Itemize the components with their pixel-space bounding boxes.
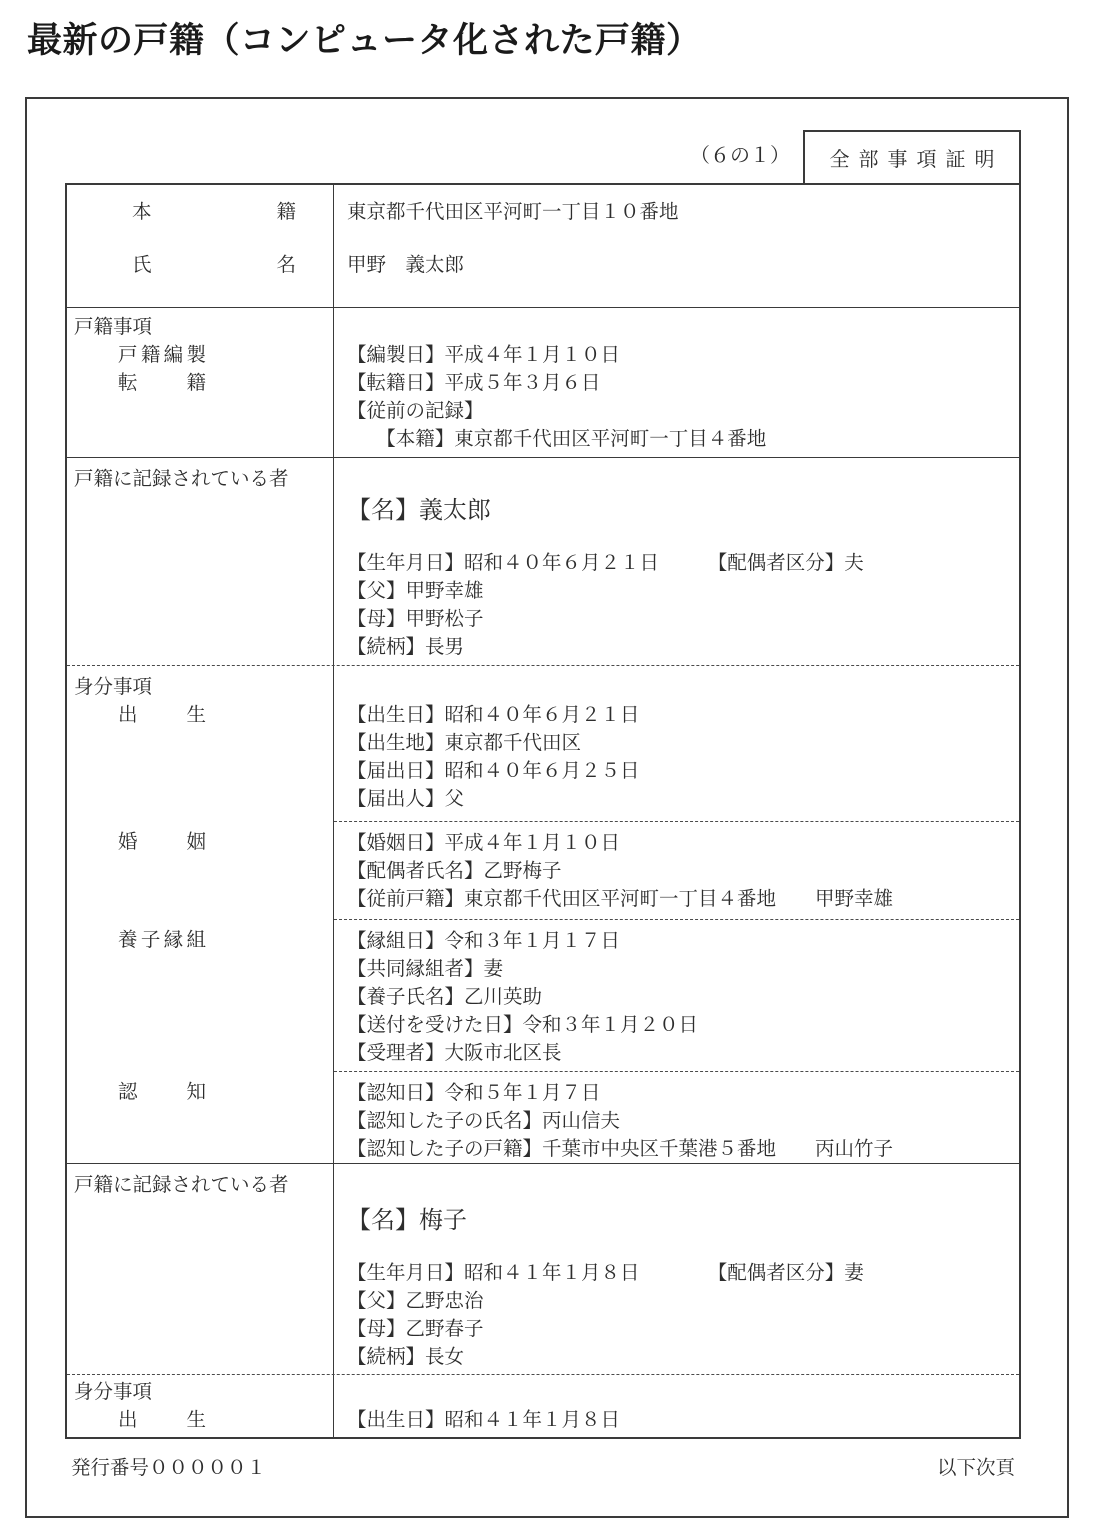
acknowledgment-date-line: 【認知日】令和５年１月７日 [347, 1080, 1019, 1108]
acknowledged-child-name-line: 【認知した子の氏名】丙山信夫 [347, 1108, 1019, 1136]
koseki-document-page: 最新の戸籍（コンピュータ化された戸籍） （６の１） 全部事項証明 本籍 氏名 東… [0, 0, 1094, 1530]
register-matters-section-label: 戸籍事項 [74, 314, 333, 342]
former-register-line: 【従前戸籍】東京都千代田区平河町一丁目４番地 甲野幸雄 [347, 886, 1019, 914]
person2-relationship-line: 【続柄】長女 [347, 1344, 1019, 1372]
compilation-date-line: 【編製日】平成４年１月１０日 [347, 342, 1019, 370]
domicile-value: 東京都千代田区平河町一丁目１０番地 [347, 199, 1019, 227]
person1-given-name: 【名】義太郎 [347, 494, 1019, 528]
register-matters-value-cell: 【編製日】平成４年１月１０日 【転籍日】平成５年３月６日 【従前の記録】 【本籍… [334, 308, 1019, 457]
status1-marriage-subrow: 婚姻 【婚姻日】平成４年１月１０日 【配偶者氏名】乙野梅子 【従前戸籍】東京都千… [67, 821, 1019, 919]
status1-birth-subrow: 身分事項 出生 【出生日】昭和４０年６月２１日 【出生地】東京都千代田区 【届出… [67, 666, 1019, 821]
certificate-sheet: （６の１） 全部事項証明 本籍 氏名 東京都千代田区平河町一丁目１０番地 甲野 … [25, 97, 1069, 1518]
previous-domicile-line: 【本籍】東京都千代田区平河町一丁目４番地 [347, 426, 1019, 454]
register-compilation-label: 戸籍編製 [118, 342, 206, 370]
person2-mother-line: 【母】乙野春子 [347, 1316, 1019, 1344]
adoption-date-line: 【縁組日】令和３年１月１７日 [347, 928, 1019, 956]
notice-received-date-line: 【送付を受けた日】令和３年１月２０日 [347, 1012, 1019, 1040]
status1-adoption-value-cell: 【縁組日】令和３年１月１７日 【共同縁組者】妻 【養子氏名】乙川英助 【送付を受… [334, 919, 1019, 1071]
marriage-date-line: 【婚姻日】平成４年１月１０日 [347, 830, 1019, 858]
status1-section-label: 身分事項 [74, 674, 333, 702]
certificate-type-box: 全部事項証明 [803, 130, 1021, 183]
person2-value-cell: 【名】梅子 【生年月日】昭和４１年１月８日 【配偶者区分】妻 【父】乙野忠治 【… [334, 1164, 1019, 1374]
status1-acknowledgment-value-cell: 【認知日】令和５年１月７日 【認知した子の氏名】丙山信夫 【認知した子の戸籍】千… [334, 1071, 1019, 1163]
acknowledged-child-register-line: 【認知した子の戸籍】千葉市中央区千葉港５番地 丙山竹子 [347, 1136, 1019, 1164]
person2-given-name: 【名】梅子 [347, 1204, 1019, 1238]
birth-place-line: 【出生地】東京都千代田区 [347, 730, 1019, 758]
adoption-label: 養子縁組 [118, 927, 206, 955]
certificate-type-label: 全部事項証明 [830, 143, 1004, 172]
person1-birthdate-spouse-line: 【生年月日】昭和４０年６月２１日 【配偶者区分】夫 [347, 550, 1019, 578]
person2-birthdate-spouse-line: 【生年月日】昭和４１年１月８日 【配偶者区分】妻 [347, 1260, 1019, 1288]
status1-marriage-value-cell: 【婚姻日】平成４年１月１０日 【配偶者氏名】乙野梅子 【従前戸籍】東京都千代田区… [334, 821, 1019, 919]
certificate-header: （６の１） 全部事項証明 [27, 99, 1067, 183]
transfer-label: 転籍 [118, 370, 206, 398]
domicile-name-value-cell: 東京都千代田区平河町一丁目１０番地 甲野 義太郎 [334, 185, 1019, 307]
person1-section-label: 戸籍に記録されている者 [74, 466, 333, 494]
previous-record-line: 【従前の記録】 [347, 398, 1019, 426]
joint-adopter-line: 【共同縁組者】妻 [347, 956, 1019, 984]
acknowledgment-label: 認知 [118, 1079, 206, 1107]
status2-birth-label-cell: 身分事項 出生 [67, 1375, 334, 1437]
birth-label: 出生 [118, 702, 206, 730]
person2-label-cell: 戸籍に記録されている者 [67, 1164, 334, 1374]
status1-acknowledgment-subrow: 認知 【認知日】令和５年１月７日 【認知した子の氏名】丙山信夫 【認知した子の戸… [67, 1071, 1019, 1163]
row-domicile-name: 本籍 氏名 東京都千代田区平河町一丁目１０番地 甲野 義太郎 [67, 185, 1019, 307]
domicile-name-label-cell: 本籍 氏名 [67, 185, 334, 307]
status1-birth-value-cell: 【出生日】昭和４０年６月２１日 【出生地】東京都千代田区 【届出日】昭和４０年６… [334, 666, 1019, 821]
status2-section-label: 身分事項 [74, 1379, 333, 1407]
page-title: 最新の戸籍（コンピュータ化された戸籍） [0, 0, 1094, 63]
accepting-authority-line: 【受理者】大阪市北区長 [347, 1040, 1019, 1068]
person1-father-line: 【父】甲野幸雄 [347, 578, 1019, 606]
adoptee-name-line: 【養子氏名】乙川英助 [347, 984, 1019, 1012]
person1-label-cell: 戸籍に記録されている者 [67, 458, 334, 665]
page-number: （６の１） [690, 139, 790, 168]
domicile-label: 本籍 [132, 199, 296, 227]
certificate-footer: 発行番号０００００１ 以下次頁 [71, 1452, 1015, 1480]
status1-adoption-label-cell: 養子縁組 [67, 919, 334, 1071]
issue-number: 発行番号０００００１ [71, 1452, 266, 1480]
person2-section-label: 戸籍に記録されている者 [74, 1172, 333, 1200]
row-person1: 戸籍に記録されている者 【名】義太郎 【生年月日】昭和４０年６月２１日 【配偶者… [67, 457, 1019, 665]
person1-mother-line: 【母】甲野松子 [347, 606, 1019, 634]
register-matters-label-cell: 戸籍事項 戸籍編製 転籍 [67, 308, 334, 457]
status1-birth-label-cell: 身分事項 出生 [67, 666, 334, 821]
status1-marriage-label-cell: 婚姻 [67, 821, 334, 919]
row-status-matters2: 身分事項 出生 【出生日】昭和４１年１月８日 [67, 1374, 1019, 1437]
marriage-label: 婚姻 [118, 829, 206, 857]
birth-date-line: 【出生日】昭和４０年６月２１日 [347, 702, 1019, 730]
next-page-note: 以下次頁 [937, 1452, 1015, 1480]
row-status-matters1: 身分事項 出生 【出生日】昭和４０年６月２１日 【出生地】東京都千代田区 【届出… [67, 665, 1019, 1163]
person2-father-line: 【父】乙野忠治 [347, 1288, 1019, 1316]
spouse-name-line: 【配偶者氏名】乙野梅子 [347, 858, 1019, 886]
person1-value-cell: 【名】義太郎 【生年月日】昭和４０年６月２１日 【配偶者区分】夫 【父】甲野幸雄… [334, 458, 1019, 665]
birth2-date-line: 【出生日】昭和４１年１月８日 [347, 1407, 1019, 1435]
family-name-label: 氏名 [132, 252, 296, 280]
birth-reporter-line: 【届出人】父 [347, 786, 1019, 814]
birth2-label: 出生 [118, 1407, 206, 1435]
register-table: 本籍 氏名 東京都千代田区平河町一丁目１０番地 甲野 義太郎 戸籍事項 戸籍編製… [65, 183, 1021, 1439]
birth-report-date-line: 【届出日】昭和４０年６月２５日 [347, 758, 1019, 786]
status2-birth-value-cell: 【出生日】昭和４１年１月８日 [334, 1375, 1019, 1437]
status2-birth-subrow: 身分事項 出生 【出生日】昭和４１年１月８日 [67, 1375, 1019, 1437]
transfer-date-line: 【転籍日】平成５年３月６日 [347, 370, 1019, 398]
row-person2: 戸籍に記録されている者 【名】梅子 【生年月日】昭和４１年１月８日 【配偶者区分… [67, 1163, 1019, 1374]
status1-acknowledgment-label-cell: 認知 [67, 1071, 334, 1163]
row-register-matters: 戸籍事項 戸籍編製 転籍 【編製日】平成４年１月１０日 【転籍日】平成５年３月６… [67, 307, 1019, 457]
family-name-value: 甲野 義太郎 [347, 252, 1019, 280]
status1-adoption-subrow: 養子縁組 【縁組日】令和３年１月１７日 【共同縁組者】妻 【養子氏名】乙川英助 … [67, 919, 1019, 1071]
person1-relationship-line: 【続柄】長男 [347, 634, 1019, 662]
